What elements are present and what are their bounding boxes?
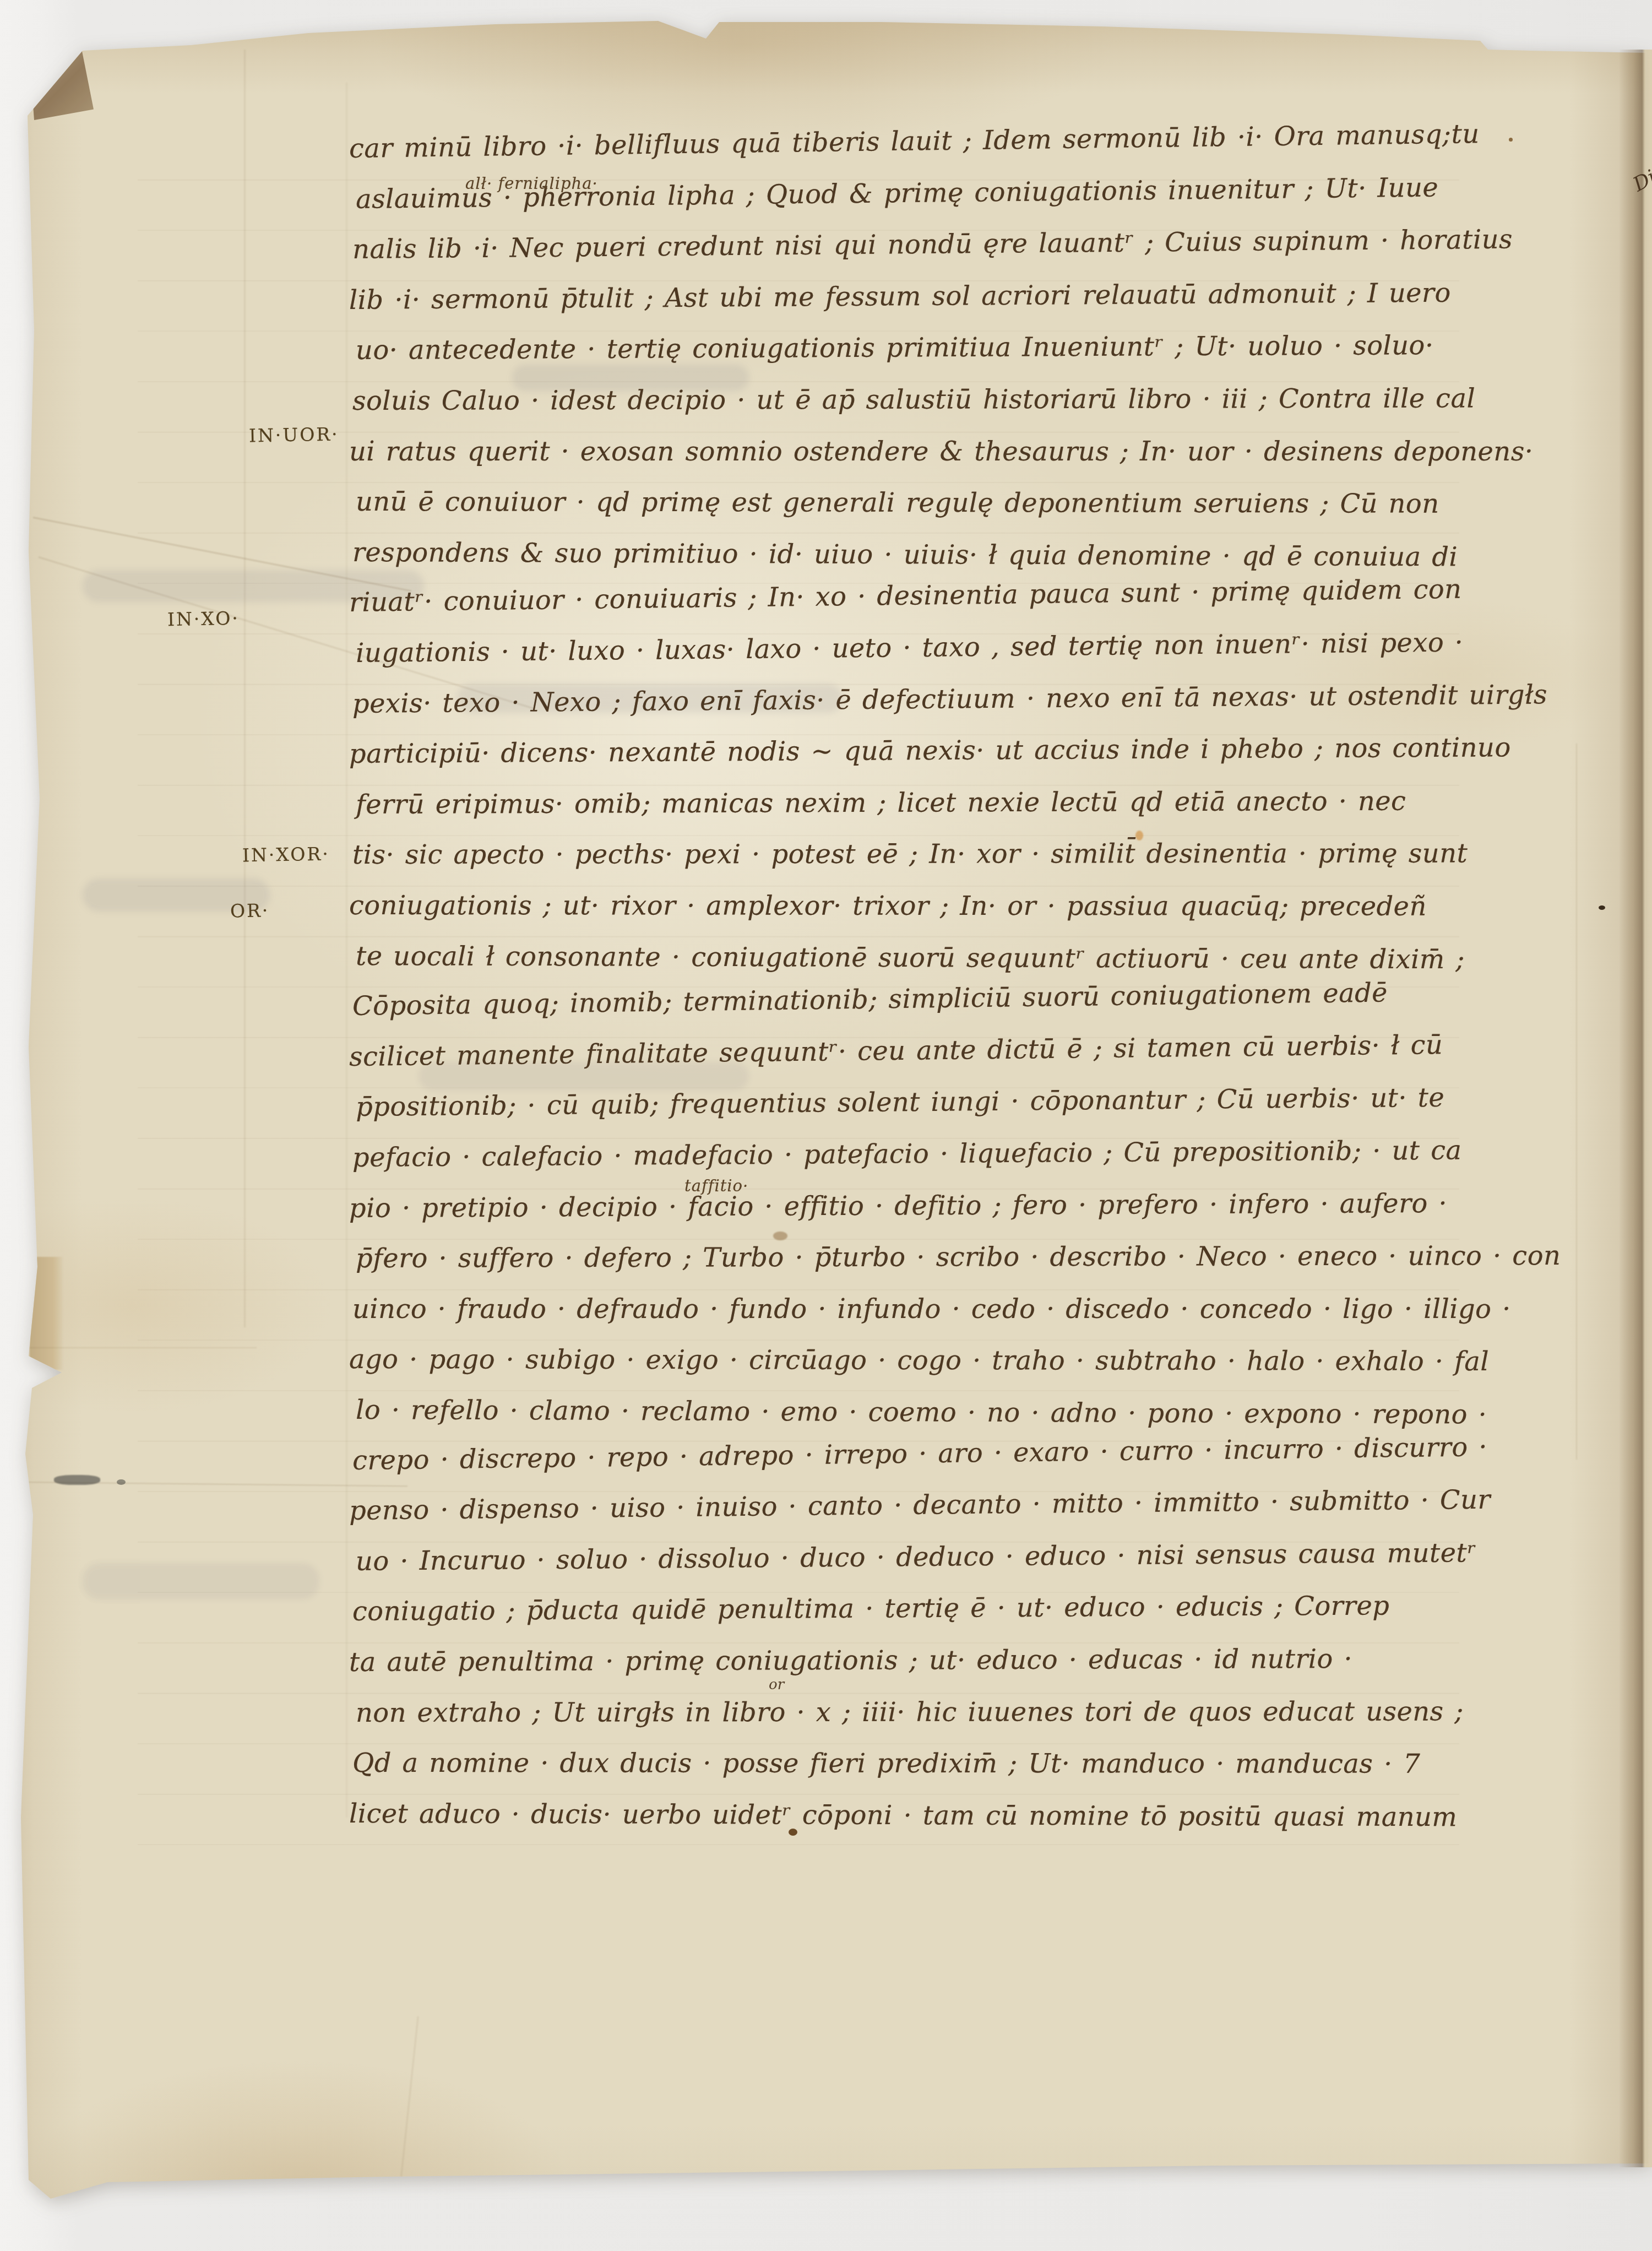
manuscript-line: car minū libro ·i· bellifluus quā tiberi…	[349, 118, 1480, 164]
manuscript-line: scilicet manente finalitate sequuntʳ· ce…	[349, 1029, 1443, 1072]
manuscript-line: non extraho ; Ut uirgłs in libro · x ; i…	[356, 1696, 1464, 1728]
manuscript-line: licet aduco · ducis· uerbo uidetʳ cōponi…	[349, 1798, 1457, 1832]
ink-speck	[1599, 905, 1605, 910]
margin-note: IN·XOR·	[242, 843, 330, 866]
gutter-next-leaf-edge	[1619, 50, 1652, 2167]
manuscript-line: tis· sic apecto · pecths· pexi · potest …	[352, 838, 1468, 870]
manuscript-line: participiū· dicens· nexantē nodis ~ quā …	[349, 732, 1511, 769]
ink-smudge	[117, 1479, 126, 1485]
interlinear-gloss: or	[769, 1677, 784, 1693]
manuscript-line: uo· antecedente · tertię coniugationis p…	[356, 330, 1434, 366]
ruling-vertical-line	[346, 83, 347, 1818]
stain-spot	[773, 1232, 787, 1240]
ink-smudge	[54, 1475, 100, 1485]
manuscript-line: ferrū eripimus· omib; manicas nexim ; li…	[356, 785, 1406, 820]
margin-note: IN·UOR·	[249, 424, 339, 447]
parchment-leaf: car minū libro ·i· bellifluus quā tiberi…	[0, 0, 1652, 2251]
ink-speck	[1509, 138, 1513, 142]
facing-page-ink: Diſ	[1629, 162, 1652, 196]
manuscript-line: coniugatio ; p̄ducta quidē penultima · t…	[352, 1591, 1390, 1628]
manuscript-line: iugationis · ut· luxo · luxas· laxo · ue…	[356, 627, 1464, 669]
manuscript-line: coniugationis ; ut· rixor · amplexor· tr…	[349, 890, 1427, 922]
manuscript-line: ui ratus querit · exosan somnio ostender…	[349, 436, 1533, 467]
manuscript-line: ago · pago · subigo · exigo · circūago ·…	[349, 1344, 1489, 1377]
edge-repair-stain	[30, 1257, 64, 1370]
crease-line	[1576, 744, 1577, 1460]
manuscript-line: Cōposita quoq; inomib; terminationib; si…	[352, 978, 1388, 1022]
crease-line	[25, 1347, 257, 1348]
manuscript-line: penso · dispenso · uiso · inuiso · canto…	[349, 1484, 1491, 1526]
margin-note: OR·	[230, 899, 270, 921]
manuscript-line: riuatʳ· conuiuor · conuiuaris ; In· xo ·…	[349, 574, 1462, 618]
manuscript-line: crepo · discrepo · repo · adrepo · irrep…	[352, 1431, 1488, 1476]
manuscript-line: ta autē penultima · primę coniugationis …	[349, 1643, 1352, 1678]
crease-line	[400, 2016, 419, 2181]
ruling-vertical-line	[244, 50, 246, 1327]
manuscript-line: nalis lib ·i· Nec pueri credunt nisi qui…	[352, 224, 1513, 265]
interlinear-gloss: taffitio·	[684, 1176, 748, 1195]
manuscript-line: te uocali ł consonante · coniugationē su…	[356, 941, 1465, 975]
manuscript-line: lib ·i· sermonū p̄tulit ; Ast ubi me fes…	[349, 278, 1451, 316]
manuscript-line: lo · refello · clamo · reclamo · emo · c…	[356, 1395, 1487, 1430]
torn-corner-fold	[28, 43, 94, 120]
manuscript-line: p̄fero · suffero · defero ; Turbo · p̄tu…	[356, 1240, 1561, 1274]
manuscript-scan-background: { "document": { "kind": "medieval-manusc…	[0, 0, 1652, 2251]
manuscript-line: respondens & suo primitiuo · id· uiuo · …	[352, 537, 1458, 572]
manuscript-line: pio · pretipio · decipio · facio · effit…	[349, 1188, 1447, 1224]
manuscript-line: soluis Caluo · idest decipio · ut ē ap̄ …	[352, 383, 1475, 416]
manuscript-line: pefacio · calefacio · madefacio · patefa…	[352, 1135, 1462, 1173]
manuscript-line: uinco · fraudo · defraudo · fundo · infu…	[352, 1293, 1511, 1324]
manuscript-line: unū ē conuiuor · qd primę est generali r…	[356, 486, 1439, 519]
manuscript-line: uo · Incuruo · soluo · dissoluo · duco ·…	[356, 1537, 1477, 1577]
parchment-leaf-wrapper: car minū libro ·i· bellifluus quā tiberi…	[0, 0, 1652, 2251]
margin-note: IN·XO·	[167, 608, 240, 630]
interlinear-gloss: alł· fernialipha·	[465, 174, 598, 193]
ink-showthrough	[83, 1563, 319, 1599]
manuscript-line: Qd a nomine · dux ducis · posse fieri pr…	[352, 1748, 1420, 1780]
facing-page-ink-clip: Diſ	[1626, 161, 1652, 210]
